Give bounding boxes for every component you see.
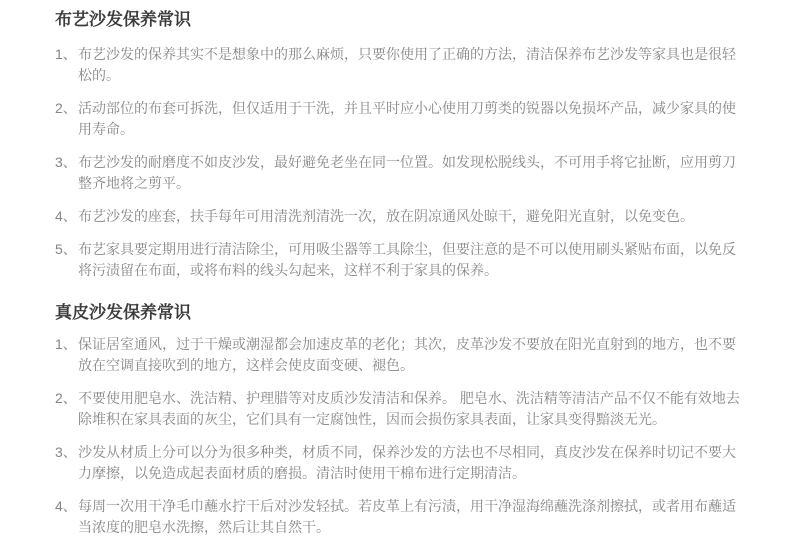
list-item-number: 1、: [55, 334, 78, 376]
section-leather-sofa-care: 真皮沙发保养常识 1、 保证居室通风，过于干燥或潮湿都会加速皮革的老化；其次，皮…: [55, 303, 746, 538]
care-tips-document: 布艺沙发保养常识 1、 布艺沙发的保养其实不是想象中的那么麻烦，只要你使用了正确…: [0, 0, 790, 538]
list-item: 3、 沙发从材质上分可以分为很多种类，材质不同，保养沙发的方法也不尽相同，真皮沙…: [55, 442, 746, 484]
list-item: 2、 不要使用肥皂水、洗洁精、护理腊等对皮质沙发清洁和保养。 肥皂水、洗洁精等清…: [55, 388, 746, 430]
list-item-text: 布艺沙发的保养其实不是想象中的那么麻烦，只要你使用了正确的方法，清洁保养布艺沙发…: [78, 44, 746, 86]
list-item-number: 4、: [55, 206, 78, 227]
list-item-number: 2、: [55, 388, 78, 430]
list-item-text: 沙发从材质上分可以分为很多种类，材质不同，保养沙发的方法也不尽相同，真皮沙发在保…: [78, 442, 746, 484]
list-item-text: 活动部位的布套可拆洗，但仅适用于干洗，并且平时应小心使用刀剪类的锐器以免损坏产品…: [78, 98, 746, 140]
section-title-leather-sofa: 真皮沙发保养常识: [55, 303, 746, 323]
list-item: 3、 布艺沙发的耐磨度不如皮沙发，最好避免老坐在同一位置。如发现松脱线头，不可用…: [55, 152, 746, 194]
list-item-text: 布艺家具要定期用进行清洁除尘，可用吸尘器等工具除尘，但要注意的是不可以使用刷头紧…: [78, 239, 746, 281]
list-item: 4、 每周一次用干净毛巾蘸水拧干后对沙发轻拭。若皮革上有污渍，用干净湿海绵蘸洗涤…: [55, 496, 746, 538]
list-item-text: 保证居室通风，过于干燥或潮湿都会加速皮革的老化；其次，皮革沙发不要放在阳光直射到…: [78, 334, 746, 376]
list-item-text: 布艺沙发的座套，扶手每年可用清洗剂清洗一次，放在阴凉通风处晾干，避免阳光直射，以…: [78, 206, 746, 227]
list-item: 2、 活动部位的布套可拆洗，但仅适用于干洗，并且平时应小心使用刀剪类的锐器以免损…: [55, 98, 746, 140]
list-item-text: 布艺沙发的耐磨度不如皮沙发，最好避免老坐在同一位置。如发现松脱线头，不可用手将它…: [78, 152, 746, 194]
list-item-number: 2、: [55, 98, 78, 140]
list-item: 1、 保证居室通风，过于干燥或潮湿都会加速皮革的老化；其次，皮革沙发不要放在阳光…: [55, 334, 746, 376]
list-item: 5、 布艺家具要定期用进行清洁除尘，可用吸尘器等工具除尘，但要注意的是不可以使用…: [55, 239, 746, 281]
list-item-text: 每周一次用干净毛巾蘸水拧干后对沙发轻拭。若皮革上有污渍，用干净湿海绵蘸洗涤剂擦拭…: [78, 496, 746, 538]
section-fabric-sofa-care: 布艺沙发保养常识 1、 布艺沙发的保养其实不是想象中的那么麻烦，只要你使用了正确…: [55, 10, 746, 281]
list-item-number: 5、: [55, 239, 78, 281]
list-item-number: 4、: [55, 496, 78, 538]
list-item-number: 3、: [55, 152, 78, 194]
list-item: 1、 布艺沙发的保养其实不是想象中的那么麻烦，只要你使用了正确的方法，清洁保养布…: [55, 44, 746, 86]
section-title-fabric-sofa: 布艺沙发保养常识: [55, 10, 746, 30]
list-item-number: 1、: [55, 44, 78, 86]
list-item-number: 3、: [55, 442, 78, 484]
list-item: 4、 布艺沙发的座套，扶手每年可用清洗剂清洗一次，放在阴凉通风处晾干，避免阳光直…: [55, 206, 746, 227]
list-item-text: 不要使用肥皂水、洗洁精、护理腊等对皮质沙发清洁和保养。 肥皂水、洗洁精等清洁产品…: [78, 388, 746, 430]
